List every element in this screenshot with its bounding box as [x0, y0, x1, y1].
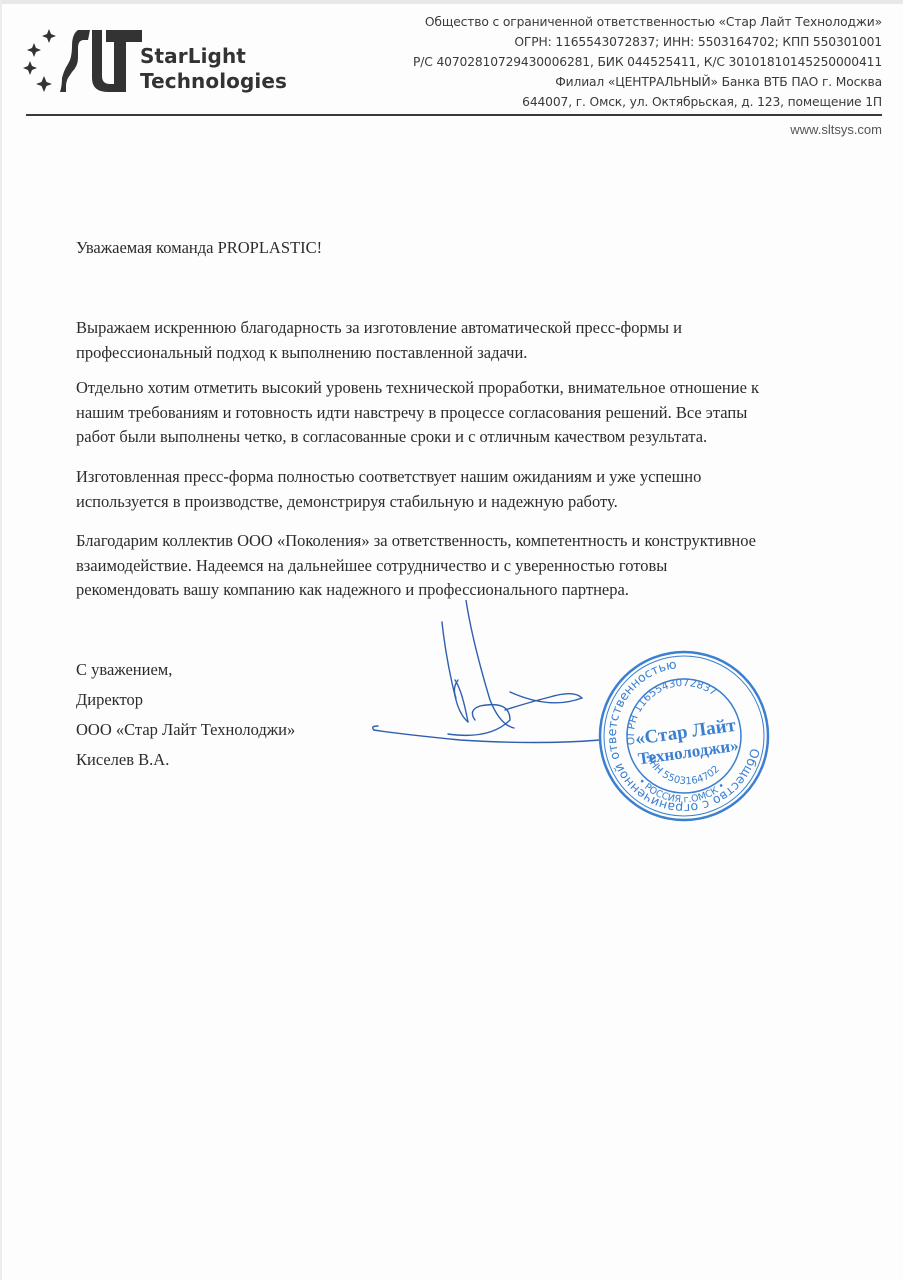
requisites-bank-branch: Филиал «ЦЕНТРАЛЬНЫЙ» Банка ВТБ ПАО г. Мо… — [413, 72, 882, 92]
letter-body: Уважаемая команда PROPLASTIC! Выражаем и… — [76, 236, 866, 261]
header-divider — [26, 114, 882, 116]
signer-name: Киселев В.А. — [76, 745, 295, 775]
seal-icon: Общество с ограниченной ответственностью… — [594, 646, 774, 826]
requisites-company-name: Общество с ограниченной ответственностью… — [413, 12, 882, 32]
star-icon — [27, 43, 41, 57]
requisites-registration: ОГРН: 1165543072837; ИНН: 5503164702; КП… — [413, 32, 882, 52]
company-requisites: Общество с ограниченной ответственностью… — [413, 12, 882, 112]
greeting: Уважаемая команда PROPLASTIC! — [76, 236, 866, 261]
requisites-bank-account: Р/С 40702810729430006281, БИК 044525411,… — [413, 52, 882, 72]
closing-salutation: С уважением, — [76, 655, 295, 685]
brand-line-1: StarLight — [140, 44, 287, 69]
scan-edge-top — [0, 0, 903, 4]
star-icon — [23, 61, 37, 75]
signer-company: ООО «Стар Лайт Технолоджи» — [76, 715, 295, 745]
star-icon — [42, 29, 56, 43]
brand-name: StarLight Technologies — [140, 44, 287, 94]
company-stamp: Общество с ограниченной ответственностью… — [594, 646, 774, 831]
requisites-address: 644007, г. Омск, ул. Октябрьская, д. 123… — [413, 92, 882, 112]
paragraph-2: Отдельно хотим отметить высокий уровень … — [76, 376, 759, 450]
star-icon — [36, 76, 52, 92]
signer-position: Директор — [76, 685, 295, 715]
scan-edge-left — [0, 0, 2, 1280]
paragraph-1: Выражаем искреннюю благодарность за изго… — [76, 316, 682, 365]
company-logo: StarLight Technologies — [22, 26, 302, 96]
brand-line-2: Technologies — [140, 69, 287, 94]
letter-closing: С уважением, Директор ООО «Стар Лайт Тех… — [76, 655, 295, 775]
paragraph-4: Благодарим коллектив ООО «Поколения» за … — [76, 529, 756, 603]
paragraph-3: Изготовленная пресс-форма полностью соот… — [76, 465, 701, 514]
website-link[interactable]: www.sltsys.com — [790, 122, 882, 137]
starlight-logo-icon — [22, 26, 152, 96]
